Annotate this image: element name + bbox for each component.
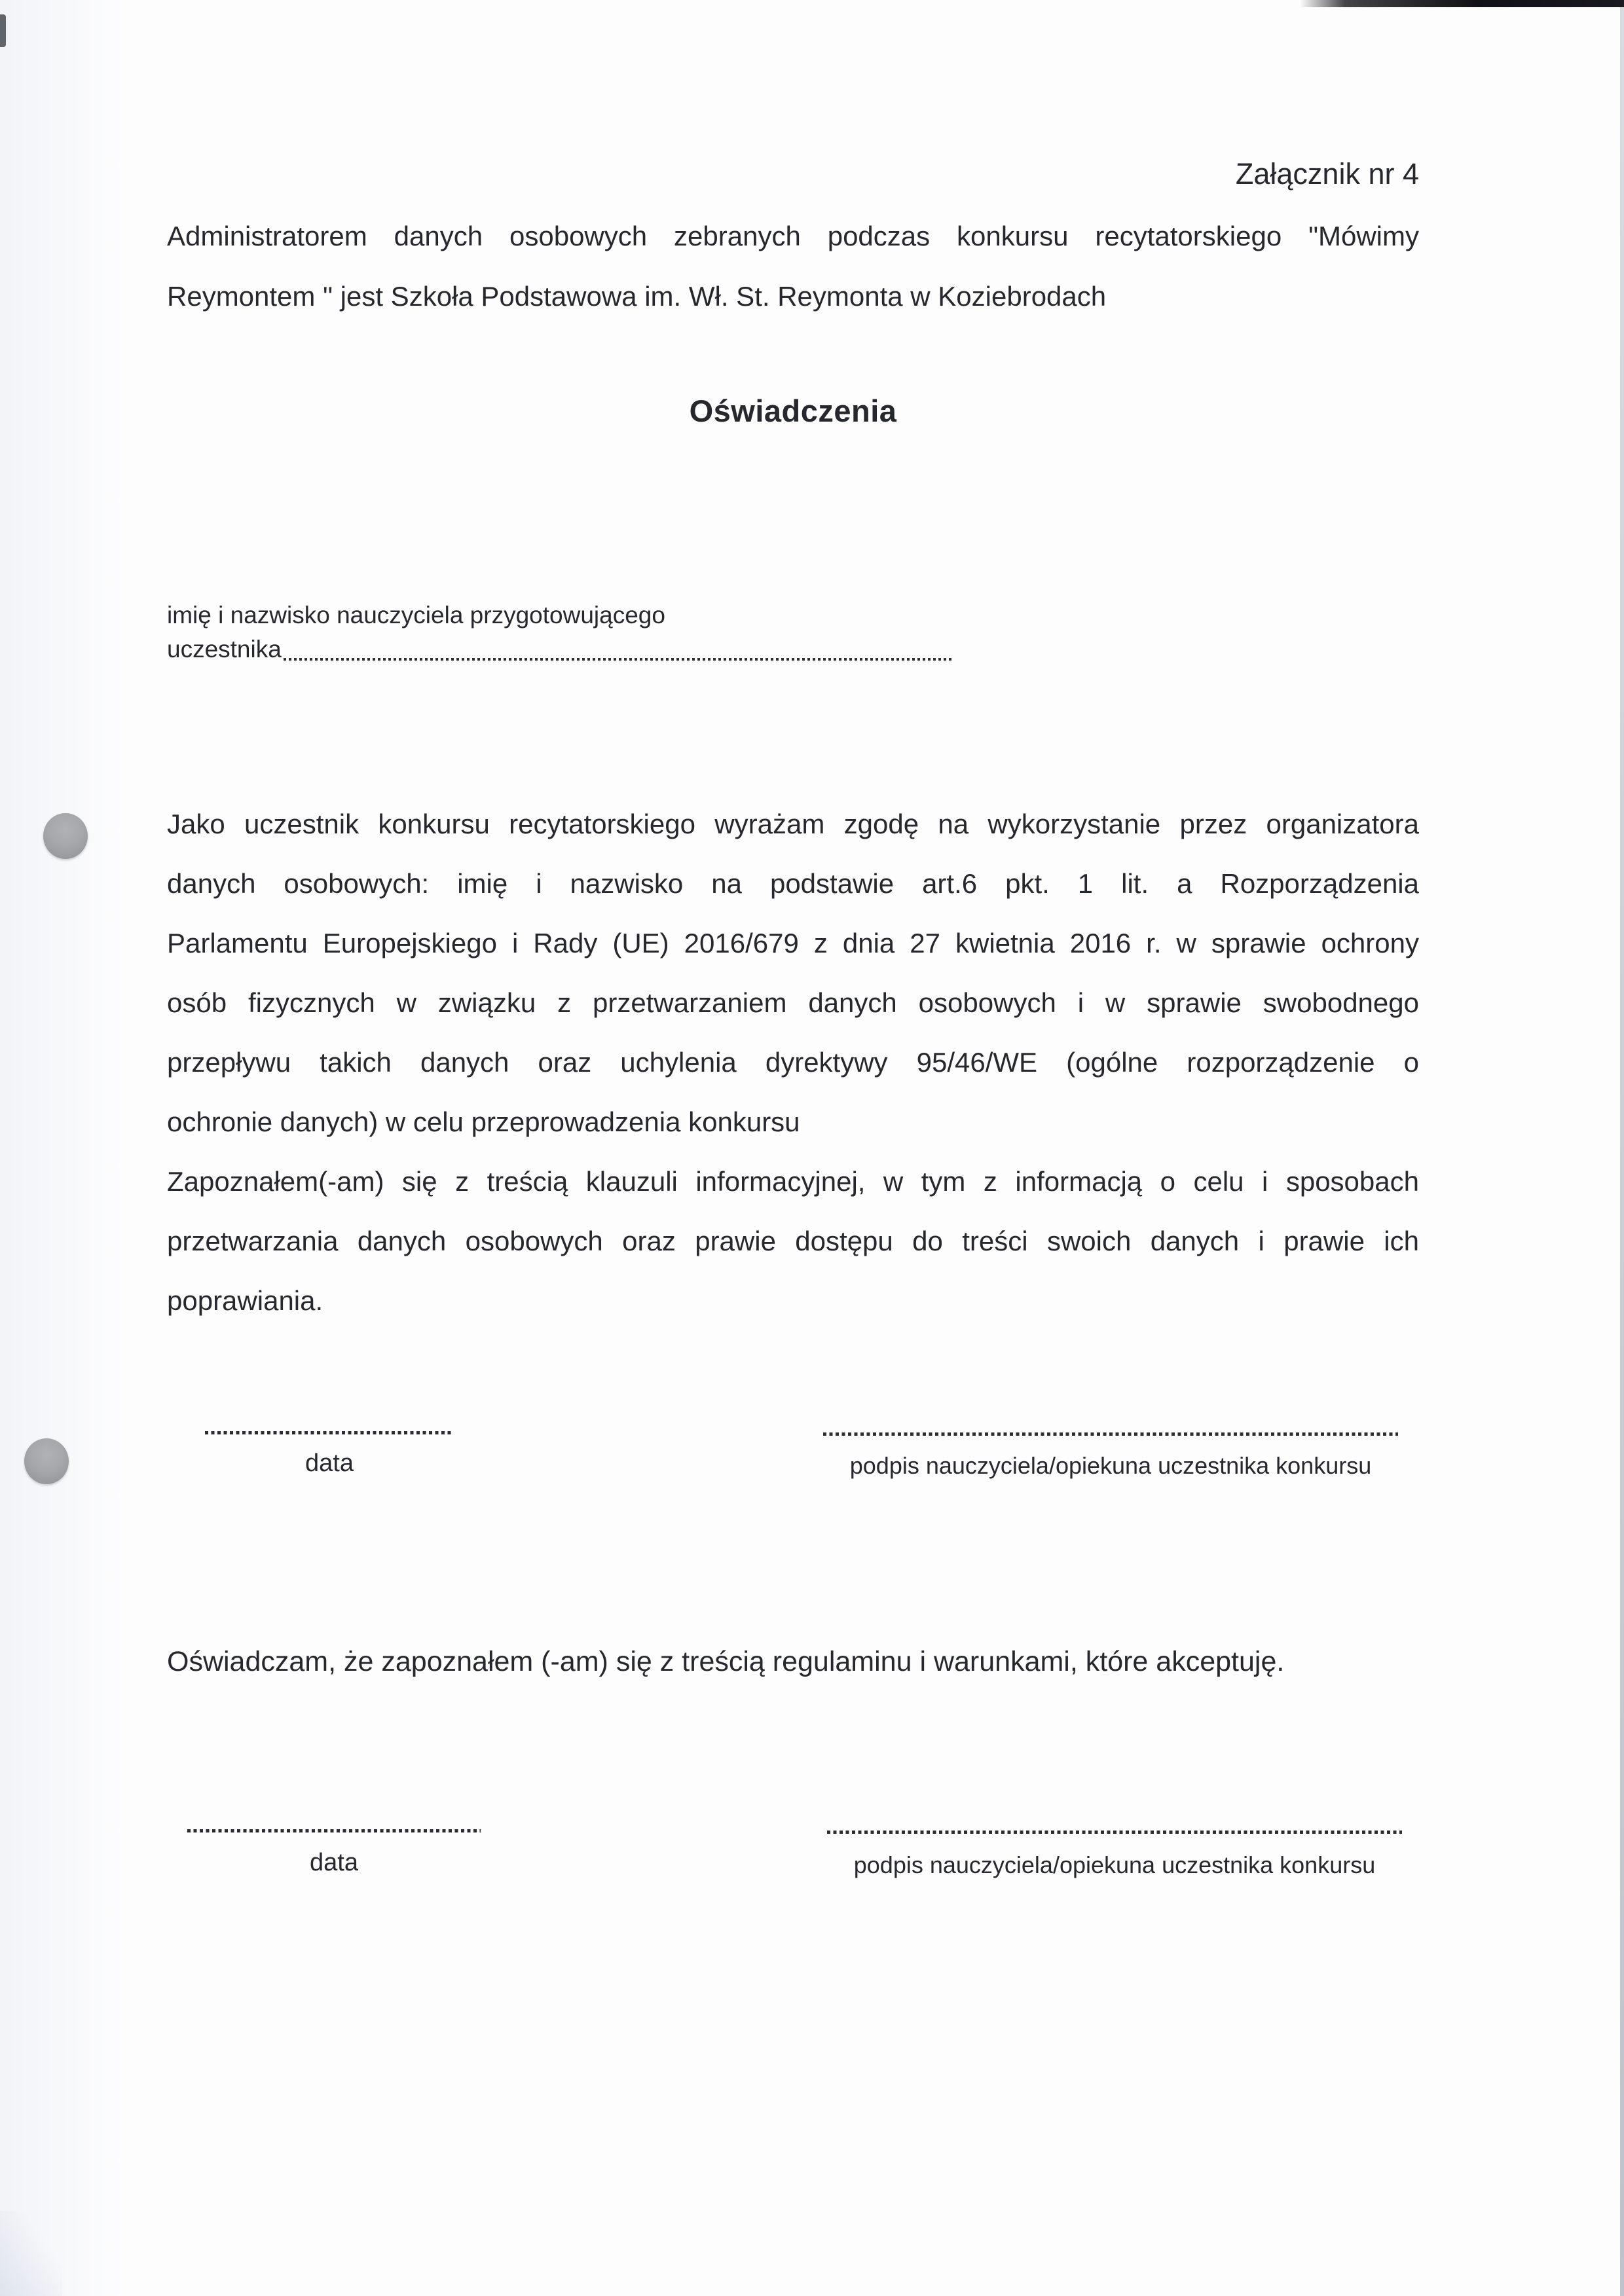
consent-line: ochronie danych) w celu przeprowadzenia … — [167, 1092, 1419, 1152]
page-title: Oświadczenia — [167, 392, 1419, 431]
administrator-paragraph: Administratorem danych osobowych zebrany… — [167, 206, 1419, 327]
scanned-document-page: Załącznik nr 4 Administratorem danych os… — [0, 0, 1624, 2296]
date-dotted-line — [205, 1431, 454, 1434]
administrator-paragraph-line: Administratorem danych osobowych zebrany… — [167, 206, 1419, 266]
date-label: data — [205, 1448, 454, 1478]
consent-line: Jako uczestnik konkursu recytatorskiego … — [167, 794, 1419, 854]
consent-line: przepływu takich danych oraz uchylenia d… — [167, 1032, 1419, 1092]
signature-dotted-line — [823, 1432, 1398, 1436]
dotted-fill-line — [284, 658, 951, 661]
consent-paragraph: Jako uczestnik konkursu recytatorskiego … — [167, 794, 1419, 1330]
administrator-paragraph-line: Reymontem " jest Szkoła Podstawowa im. W… — [167, 266, 1419, 327]
scan-edge-artifact — [1620, 0, 1624, 2296]
teacher-field-label-line2: uczestnika — [167, 632, 282, 666]
consent-line: osób fizycznych w związku z przetwarzani… — [167, 973, 1419, 1032]
signature-dotted-line — [827, 1831, 1402, 1834]
signature-label: podpis nauczyciela/opiekuna uczestnika k… — [827, 1850, 1402, 1880]
hole-punch-mark — [24, 1438, 69, 1484]
teacher-field-label-line1: imię i nazwisko nauczyciela przygotowują… — [167, 598, 1419, 632]
date-dotted-line — [187, 1829, 481, 1832]
scan-top-edge-artifact — [1300, 0, 1624, 7]
date-label: data — [187, 1848, 481, 1878]
scan-corner-artifact — [0, 14, 6, 47]
consent-line: poprawiania. — [167, 1271, 1419, 1330]
consent-line: Parlamentu Europejskiego i Rady (UE) 201… — [167, 913, 1419, 973]
consent-line: danych osobowych: imię i nazwisko na pod… — [167, 854, 1419, 913]
acceptance-statement: Oświadczam, że zapoznałem (-am) się z tr… — [167, 1631, 1419, 1692]
consent-line: Zapoznałem(-am) się z treścią klauzuli i… — [167, 1152, 1419, 1211]
hole-punch-mark — [43, 813, 88, 859]
attachment-label: Załącznik nr 4 — [167, 156, 1419, 192]
consent-line: przetwarzania danych osobowych oraz praw… — [167, 1211, 1419, 1271]
teacher-name-field: imię i nazwisko nauczyciela przygotowują… — [167, 598, 1419, 666]
signature-label: podpis nauczyciela/opiekuna uczestnika k… — [823, 1451, 1398, 1481]
scan-shading-artifact — [0, 0, 124, 2296]
scan-smudge-artifact — [0, 2211, 62, 2296]
